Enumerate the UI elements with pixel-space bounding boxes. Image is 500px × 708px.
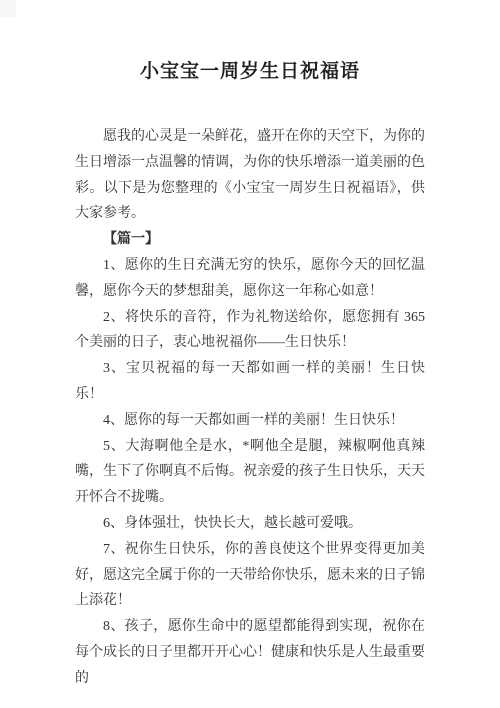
wish-item: 4、愿你的每一天都如画一样的美丽！生日快乐！ [75, 408, 425, 434]
intro-paragraph: 愿我的心灵是一朵鲜花，盛开在你的天空下，为你的生日增添一点温馨的情调，为你的快乐… [75, 124, 425, 227]
top-left-corner-shade [0, 0, 16, 17]
wish-item: 3、宝贝祝福的每一天都如画一样的美丽！生日快乐！ [75, 356, 425, 408]
page-title: 小宝宝一周岁生日祝福语 [75, 56, 425, 86]
document-body: 愿我的心灵是一朵鲜花，盛开在你的天空下，为你的生日增添一点温馨的情调，为你的快乐… [75, 124, 425, 692]
wish-item: 7、祝你生日快乐，你的善良使这个世界变得更加美好，愿这完全属于你的一天带给你快乐… [75, 537, 425, 614]
wish-item: 8、孩子，愿你生命中的愿望都能得到实现，祝你在每个成长的日子里都开开心心！健康和… [75, 614, 425, 691]
wish-item: 6、身体强壮，快快长大，越长越可爱哦。 [75, 511, 425, 537]
wish-item: 5、大海啊他全是水，*啊他全是腿，辣椒啊他真辣嘴，生下了你啊真不后悔。祝亲爱的孩… [75, 434, 425, 511]
wish-item: 1、愿你的生日充满无穷的快乐，愿你今天的回忆温馨，愿你今天的梦想甜美，愿你这一年… [75, 253, 425, 305]
document-page: 小宝宝一周岁生日祝福语 愿我的心灵是一朵鲜花，盛开在你的天空下，为你的生日增添一… [75, 0, 425, 692]
section-heading: 【篇一】 [75, 227, 425, 253]
wish-item: 2、将快乐的音符，作为礼物送给你，愿您拥有 365 个美丽的日子，衷心地祝福你—… [75, 305, 425, 357]
